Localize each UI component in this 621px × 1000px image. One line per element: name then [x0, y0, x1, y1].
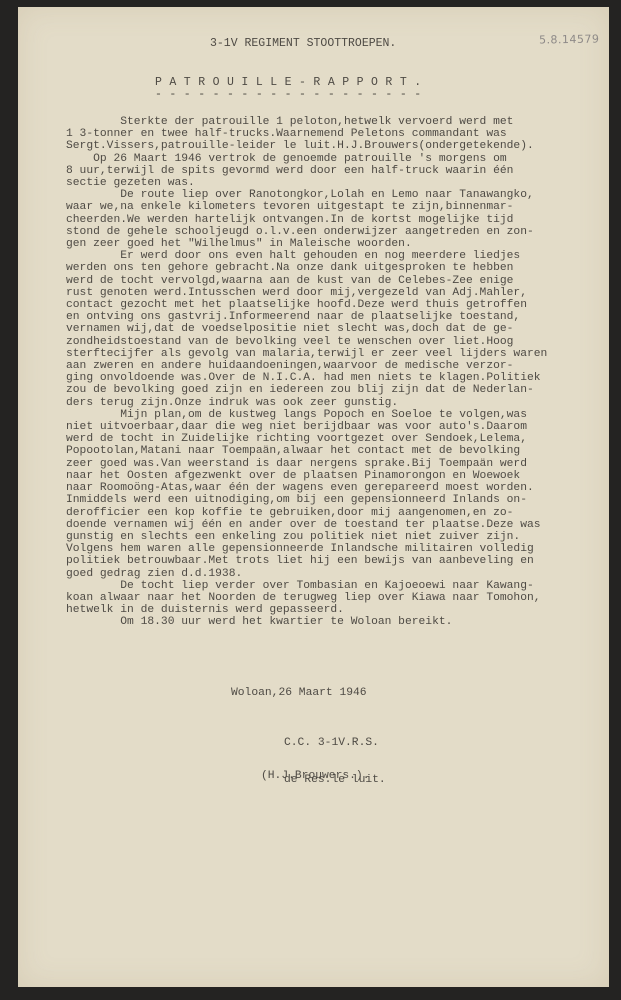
body-line: 1 3-tonner en twee half-trucks.Waarnemen… — [66, 128, 547, 140]
body-line: doende vernamen wij één en ander over de… — [66, 519, 547, 531]
body-line: ging onvoldoende was.Over de N.I.C.A. ha… — [66, 372, 547, 384]
signature-name: (H.J.Brouwers.). — [261, 770, 369, 782]
body-line: stond de gehele schooljeugd o.l.v.een on… — [66, 226, 547, 238]
body-line: Sterkte der patrouille 1 peloton,hetwelk… — [66, 116, 547, 128]
body-line: zou de bevolking goed zijn en iedereen z… — [66, 384, 547, 396]
body-line: derofficier een kop koffie te gebruiken,… — [66, 507, 547, 519]
body-line: gunstig en slechts een enkeling zou poli… — [66, 531, 547, 543]
body-line: Er werd door ons even halt gehouden en n… — [66, 250, 547, 262]
signature-unit: C.C. 3-1V.R.S. de Res.le luit. — [284, 713, 386, 811]
body-line: zondheidstoestand van de bevolking veel … — [66, 336, 547, 348]
body-line: Mijn plan,om de kustweg langs Popoch en … — [66, 409, 547, 421]
body-line: goed gedrag zien d.d.1938. — [66, 568, 547, 580]
body-line: vernamen wij,dat de voedselpositie niet … — [66, 323, 547, 335]
report-body: Sterkte der patrouille 1 peloton,hetwelk… — [66, 116, 547, 629]
body-line: koan alwaar naar het Noorden de terugweg… — [66, 592, 547, 604]
body-line: Popootolan,Matani naar Toempaän,alwaar h… — [66, 445, 547, 457]
body-line: sterftecijfer als gevolg van malaria,ter… — [66, 348, 547, 360]
body-line: contact gezocht met het plaatselijke hoo… — [66, 299, 547, 311]
body-line: Op 26 Maart 1946 vertrok de genoemde pat… — [66, 153, 547, 165]
body-line: werd de tocht vervolgd,waarna aan de kus… — [66, 275, 547, 287]
body-line: werden ons ten gehore gebracht.Na onze d… — [66, 262, 547, 274]
body-line: rust genoten werd.Intusschen werd door m… — [66, 287, 547, 299]
body-line: politiek betrouwbaar.Met trots liet hij … — [66, 555, 547, 567]
body-line: 8 uur,terwijl de spits gevormd werd door… — [66, 165, 547, 177]
body-line: sectie gezeten was. — [66, 177, 547, 189]
body-line: De tocht liep verder over Tombasian en K… — [66, 580, 547, 592]
body-line: aan zweren en andere huidaandoeningen,wa… — [66, 360, 547, 372]
body-line: Sergt.Vissers,patrouille-leider le luit.… — [66, 140, 547, 152]
signature-unit-line: C.C. 3-1V.R.S. — [284, 737, 386, 749]
title-underline: - - - - - - - - - - - - - - - - - - - — [155, 89, 421, 101]
body-line: Inmiddels werd een uitnodiging,om bij ee… — [66, 494, 547, 506]
body-line: Volgens hem waren alle gepensionneerde I… — [66, 543, 547, 555]
archive-stamp: 5.8.14579 — [539, 32, 600, 46]
body-line: zeer goed was.Van weerstand is daar nerg… — [66, 458, 547, 470]
body-line: niet uitvoerbaar,daar die weg niet berij… — [66, 421, 547, 433]
body-line: hetwelk in de duisternis werd gepasseerd… — [66, 604, 547, 616]
body-line: werd de tocht in Zuidelijke richting voo… — [66, 433, 547, 445]
body-line: gen zeer goed het "Wilhelmus" in Maleisc… — [66, 238, 547, 250]
body-line: naar het Oosten afgezwenkt over de plaat… — [66, 470, 547, 482]
body-line: waar we,na enkele kilometers tevoren uit… — [66, 201, 547, 213]
body-line: naar Roomoöng-Atas,waar één der wagens e… — [66, 482, 547, 494]
body-line: ders terug zijn.Onze indruk was ook zeer… — [66, 397, 547, 409]
body-line: en ontving ons gastvrij.Informeerend naa… — [66, 311, 547, 323]
scanned-document: 5.8.14579 3-1V REGIMENT STOOTTROEPEN. P … — [0, 0, 621, 1000]
body-line: Om 18.30 uur werd het kwartier te Woloan… — [66, 616, 547, 628]
signature-place-date: Woloan,26 Maart 1946 — [231, 687, 367, 699]
body-line: cheerden.We werden hartelijk ontvangen.I… — [66, 214, 547, 226]
regiment-heading: 3-1V REGIMENT STOOTTROEPEN. — [210, 38, 396, 50]
body-line: De route liep over Ranotongkor,Lolah en … — [66, 189, 547, 201]
